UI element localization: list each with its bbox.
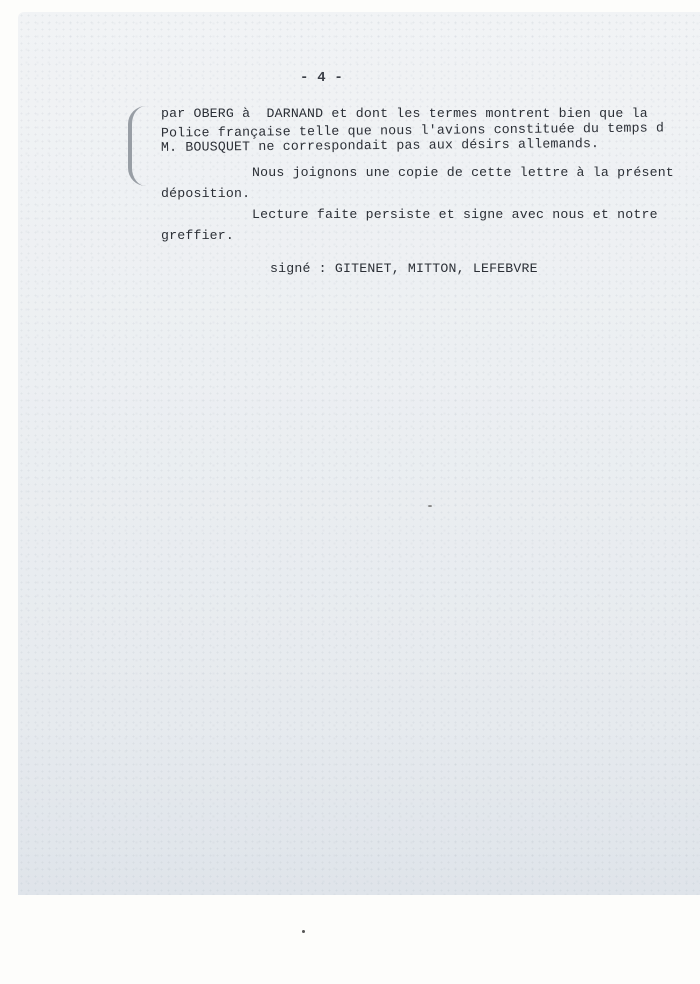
signature-line: signé : GITENET, MITTON, LEFEBVRE [270,261,538,276]
paragraph-1-line-1: par OBERG à DARNAND et dont les termes m… [161,106,648,121]
paragraph-2-line-2: déposition. [161,186,250,201]
paragraph-3-line-2: greffier. [161,228,234,243]
scan-speck [302,930,305,933]
scan-speck [428,505,432,507]
margin-bracket-mark [128,106,150,186]
page-number: - 4 - [300,70,343,86]
paragraph-3-line-1: Lecture faite persiste et signe avec nou… [252,207,658,222]
paragraph-2-line-1: Nous joignons une copie de cette lettre … [252,165,674,180]
